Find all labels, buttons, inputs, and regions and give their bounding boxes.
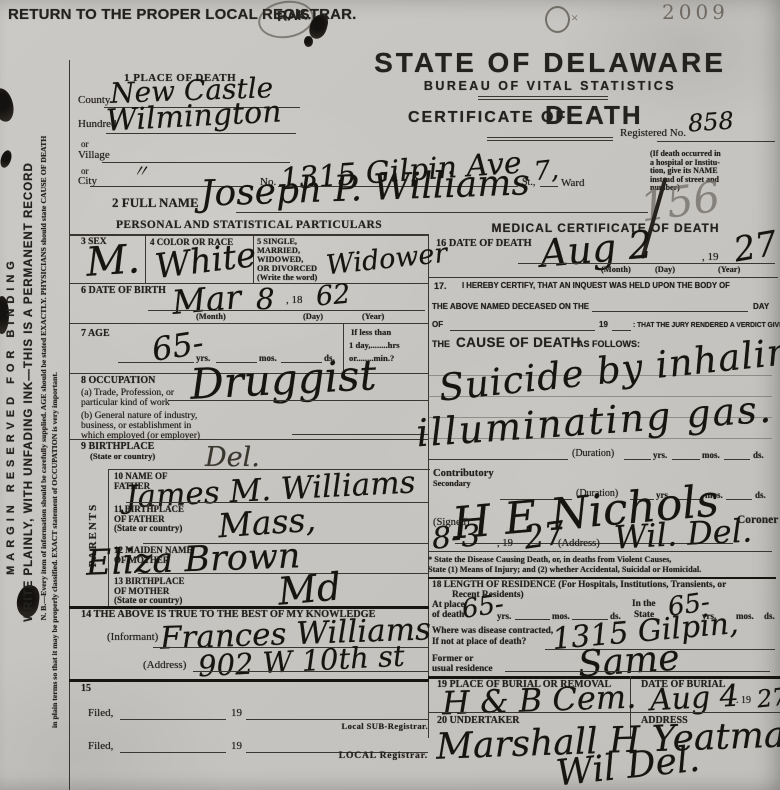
duration2-ds: ds. bbox=[755, 491, 766, 500]
sex-value: M. bbox=[85, 238, 141, 284]
duration1-yrs: yrs. bbox=[653, 451, 667, 460]
rule bbox=[450, 330, 595, 331]
verdict-text: : THAT THE JURY RENDERED A VERDICT GIVIN… bbox=[633, 321, 780, 329]
rule bbox=[612, 330, 631, 331]
former-residence-label2: usual residence bbox=[432, 665, 493, 675]
occupation-label: 8 OCCUPATION bbox=[81, 376, 155, 387]
filed2-label: Filed, bbox=[88, 741, 113, 753]
in-the-label1: In the bbox=[632, 600, 656, 610]
dob-year-caption: (Year) bbox=[362, 313, 384, 322]
informant-address-label: (Address) bbox=[143, 660, 186, 672]
filed1-19: 19 bbox=[231, 708, 242, 720]
at-place-label2: of death bbox=[432, 611, 464, 621]
ward-value: 7, bbox=[533, 157, 561, 187]
ink-blot bbox=[304, 36, 313, 47]
rule bbox=[148, 310, 425, 311]
dob-year-prefix: , 18 bbox=[286, 295, 303, 307]
certify-line1: I HEREBY CERTIFY, THAT AN INQUEST WAS HE… bbox=[462, 282, 730, 290]
filed1-label: Filed, bbox=[88, 708, 113, 720]
file-number-stamp: 2009 bbox=[662, 2, 729, 23]
rule bbox=[478, 96, 608, 97]
residence-yrs1: yrs. bbox=[497, 612, 511, 621]
registered-no-value: 858 bbox=[687, 108, 734, 136]
header-death: DEATH bbox=[545, 102, 643, 129]
secondary-label: Secondary bbox=[433, 480, 471, 489]
x-mark: × bbox=[571, 11, 578, 25]
dob-label: 6 DATE OF BIRTH bbox=[81, 286, 166, 297]
where-contracted-label1: Where was disease contracted, bbox=[432, 627, 553, 637]
if-less-label: If less than bbox=[351, 328, 391, 337]
dob-day-caption: (Day) bbox=[303, 313, 323, 322]
birthplace-sub-label: (State or country) bbox=[90, 452, 155, 461]
rule bbox=[120, 752, 226, 753]
mother-birthplace-label: 13 BIRTHPLACE OF MOTHER (State or countr… bbox=[114, 577, 184, 606]
rule bbox=[724, 459, 750, 460]
color-race-value: White bbox=[153, 238, 258, 286]
sign-year-prefix: , 19 bbox=[497, 538, 513, 549]
ward-label: Ward bbox=[561, 178, 585, 190]
informant-label: (Informant) bbox=[107, 632, 158, 644]
rule bbox=[624, 459, 651, 460]
dob-year-value: 62 bbox=[315, 281, 352, 312]
residence-mos2: mos. bbox=[736, 612, 754, 621]
rule bbox=[518, 263, 775, 264]
rule bbox=[69, 283, 429, 284]
rule bbox=[487, 137, 613, 138]
rule bbox=[726, 499, 752, 500]
duration1-label: (Duration) bbox=[572, 449, 614, 460]
sign-date-value: 8-3 bbox=[431, 520, 481, 555]
rule bbox=[592, 311, 748, 312]
address-label: (Address) bbox=[558, 538, 600, 549]
rule bbox=[672, 459, 700, 460]
village-label: Village bbox=[78, 150, 110, 162]
rule bbox=[540, 186, 558, 187]
city-ditto-value: 〃 bbox=[132, 164, 149, 182]
rule bbox=[657, 141, 775, 142]
cell-divider bbox=[108, 469, 109, 606]
full-name-label: 2 FULL NAME bbox=[112, 196, 199, 210]
cause-of-death-label: CAUSE OF DEATH bbox=[456, 336, 581, 350]
burial-year-prefix: . 19 bbox=[736, 696, 751, 707]
occupation-value: Druggist bbox=[189, 353, 377, 407]
death-certificate-document: RETURN TO THE PROPER LOCAL REGISTRAR. RA… bbox=[0, 0, 780, 790]
personal-title: PERSONAL AND STATISTICAL PARTICULARS bbox=[69, 219, 429, 231]
of-word: OF bbox=[432, 321, 443, 329]
rule bbox=[292, 434, 428, 435]
father-birthplace-label: 11 BIRTHPLACE OF FATHER (State or countr… bbox=[114, 505, 184, 534]
local-registrar-label: LOCAL Registrar. bbox=[300, 751, 428, 761]
duration1-mos: mos. bbox=[702, 451, 720, 460]
occupation-a2: particular kind of work bbox=[81, 398, 170, 408]
full-name-value: Joseph P. Williams bbox=[199, 164, 530, 213]
hundred-value: Wilmington bbox=[105, 96, 282, 137]
residence-ds2: ds. bbox=[764, 612, 775, 621]
sec17-number: 17. bbox=[434, 282, 447, 291]
one-day-label: 1 day,........hrs bbox=[349, 341, 400, 350]
rule bbox=[168, 400, 428, 401]
rule bbox=[193, 671, 428, 672]
dob-month-caption: (Month) bbox=[196, 313, 226, 322]
certify-line2: THE ABOVE NAMED DECEASED ON THE bbox=[432, 303, 589, 311]
rule bbox=[487, 140, 613, 141]
rule bbox=[236, 212, 648, 213]
coroner-address-value: Wil. Del. bbox=[613, 514, 753, 555]
rule bbox=[69, 323, 429, 324]
footnote-line2: State (1) Means of Injury; and (2) wheth… bbox=[428, 566, 701, 575]
informant-address-value: 902 W 10th st bbox=[197, 641, 405, 682]
rule-heavy bbox=[69, 679, 429, 682]
dod-year-prefix: , 19 bbox=[702, 252, 719, 264]
contributory-label: Contributory bbox=[433, 468, 494, 479]
filed2-19: 19 bbox=[231, 741, 242, 753]
rule bbox=[246, 719, 428, 720]
header-state: STATE OF DELAWARE bbox=[360, 48, 740, 77]
marital-label: 5 SINGLE, MARRIED, WIDOWED, OR DIVORCED … bbox=[257, 237, 317, 282]
dod-day-caption: (Day) bbox=[655, 266, 675, 275]
dod-month-caption: (Month) bbox=[601, 266, 631, 275]
rule bbox=[515, 619, 550, 620]
rule bbox=[102, 162, 290, 163]
header-bureau: BUREAU OF VITAL STATISTICS bbox=[380, 80, 720, 93]
margin-permanent-text: WRITE PLAINLY, WITH UNFADING INK—THIS IS… bbox=[23, 72, 35, 712]
margin-binding-text: MARGIN RESERVED FOR BINDING bbox=[6, 163, 18, 668]
sub-registrar-label: Local SUB-Registrar. bbox=[280, 722, 428, 731]
column-divider bbox=[428, 235, 429, 738]
age-label: 7 AGE bbox=[81, 329, 110, 340]
sign-year-value: 27 bbox=[522, 516, 567, 555]
dod-year-caption: (Year) bbox=[718, 266, 740, 275]
marital-value: Widower bbox=[325, 240, 449, 281]
rule bbox=[120, 719, 226, 720]
margin-nb-line1: N. B.—Every item of information should b… bbox=[40, 28, 48, 728]
day-word: DAY bbox=[753, 303, 769, 311]
margin-nb-line2: in plain terms so that it may be properl… bbox=[51, 28, 59, 728]
circle-stamp bbox=[545, 6, 570, 33]
cell-divider bbox=[145, 235, 146, 283]
registered-no-label: Registered No. bbox=[620, 128, 686, 140]
section-15-label: 15 bbox=[81, 684, 91, 695]
dod-value: Aug 2 bbox=[538, 225, 654, 275]
header-cert-of: CERTIFICATE OF bbox=[408, 110, 567, 127]
nineteen: 19 bbox=[599, 321, 608, 329]
ink-blot bbox=[0, 86, 17, 124]
burial-year-value: 27 bbox=[756, 684, 780, 712]
rule bbox=[428, 551, 772, 552]
where-contracted-label2: If not at place of death? bbox=[432, 638, 526, 648]
rule bbox=[106, 133, 296, 134]
footnote-line1: * State the Disease Causing Death, or, i… bbox=[428, 556, 671, 565]
rule bbox=[118, 362, 194, 363]
dod-label: 16 DATE OF DEATH bbox=[436, 239, 532, 250]
rule bbox=[428, 712, 780, 713]
rule bbox=[505, 671, 770, 672]
duration1-ds: ds. bbox=[753, 451, 764, 460]
rule bbox=[428, 459, 568, 460]
cause-the: THE bbox=[432, 340, 450, 349]
rule bbox=[69, 439, 429, 440]
rule bbox=[428, 277, 778, 278]
